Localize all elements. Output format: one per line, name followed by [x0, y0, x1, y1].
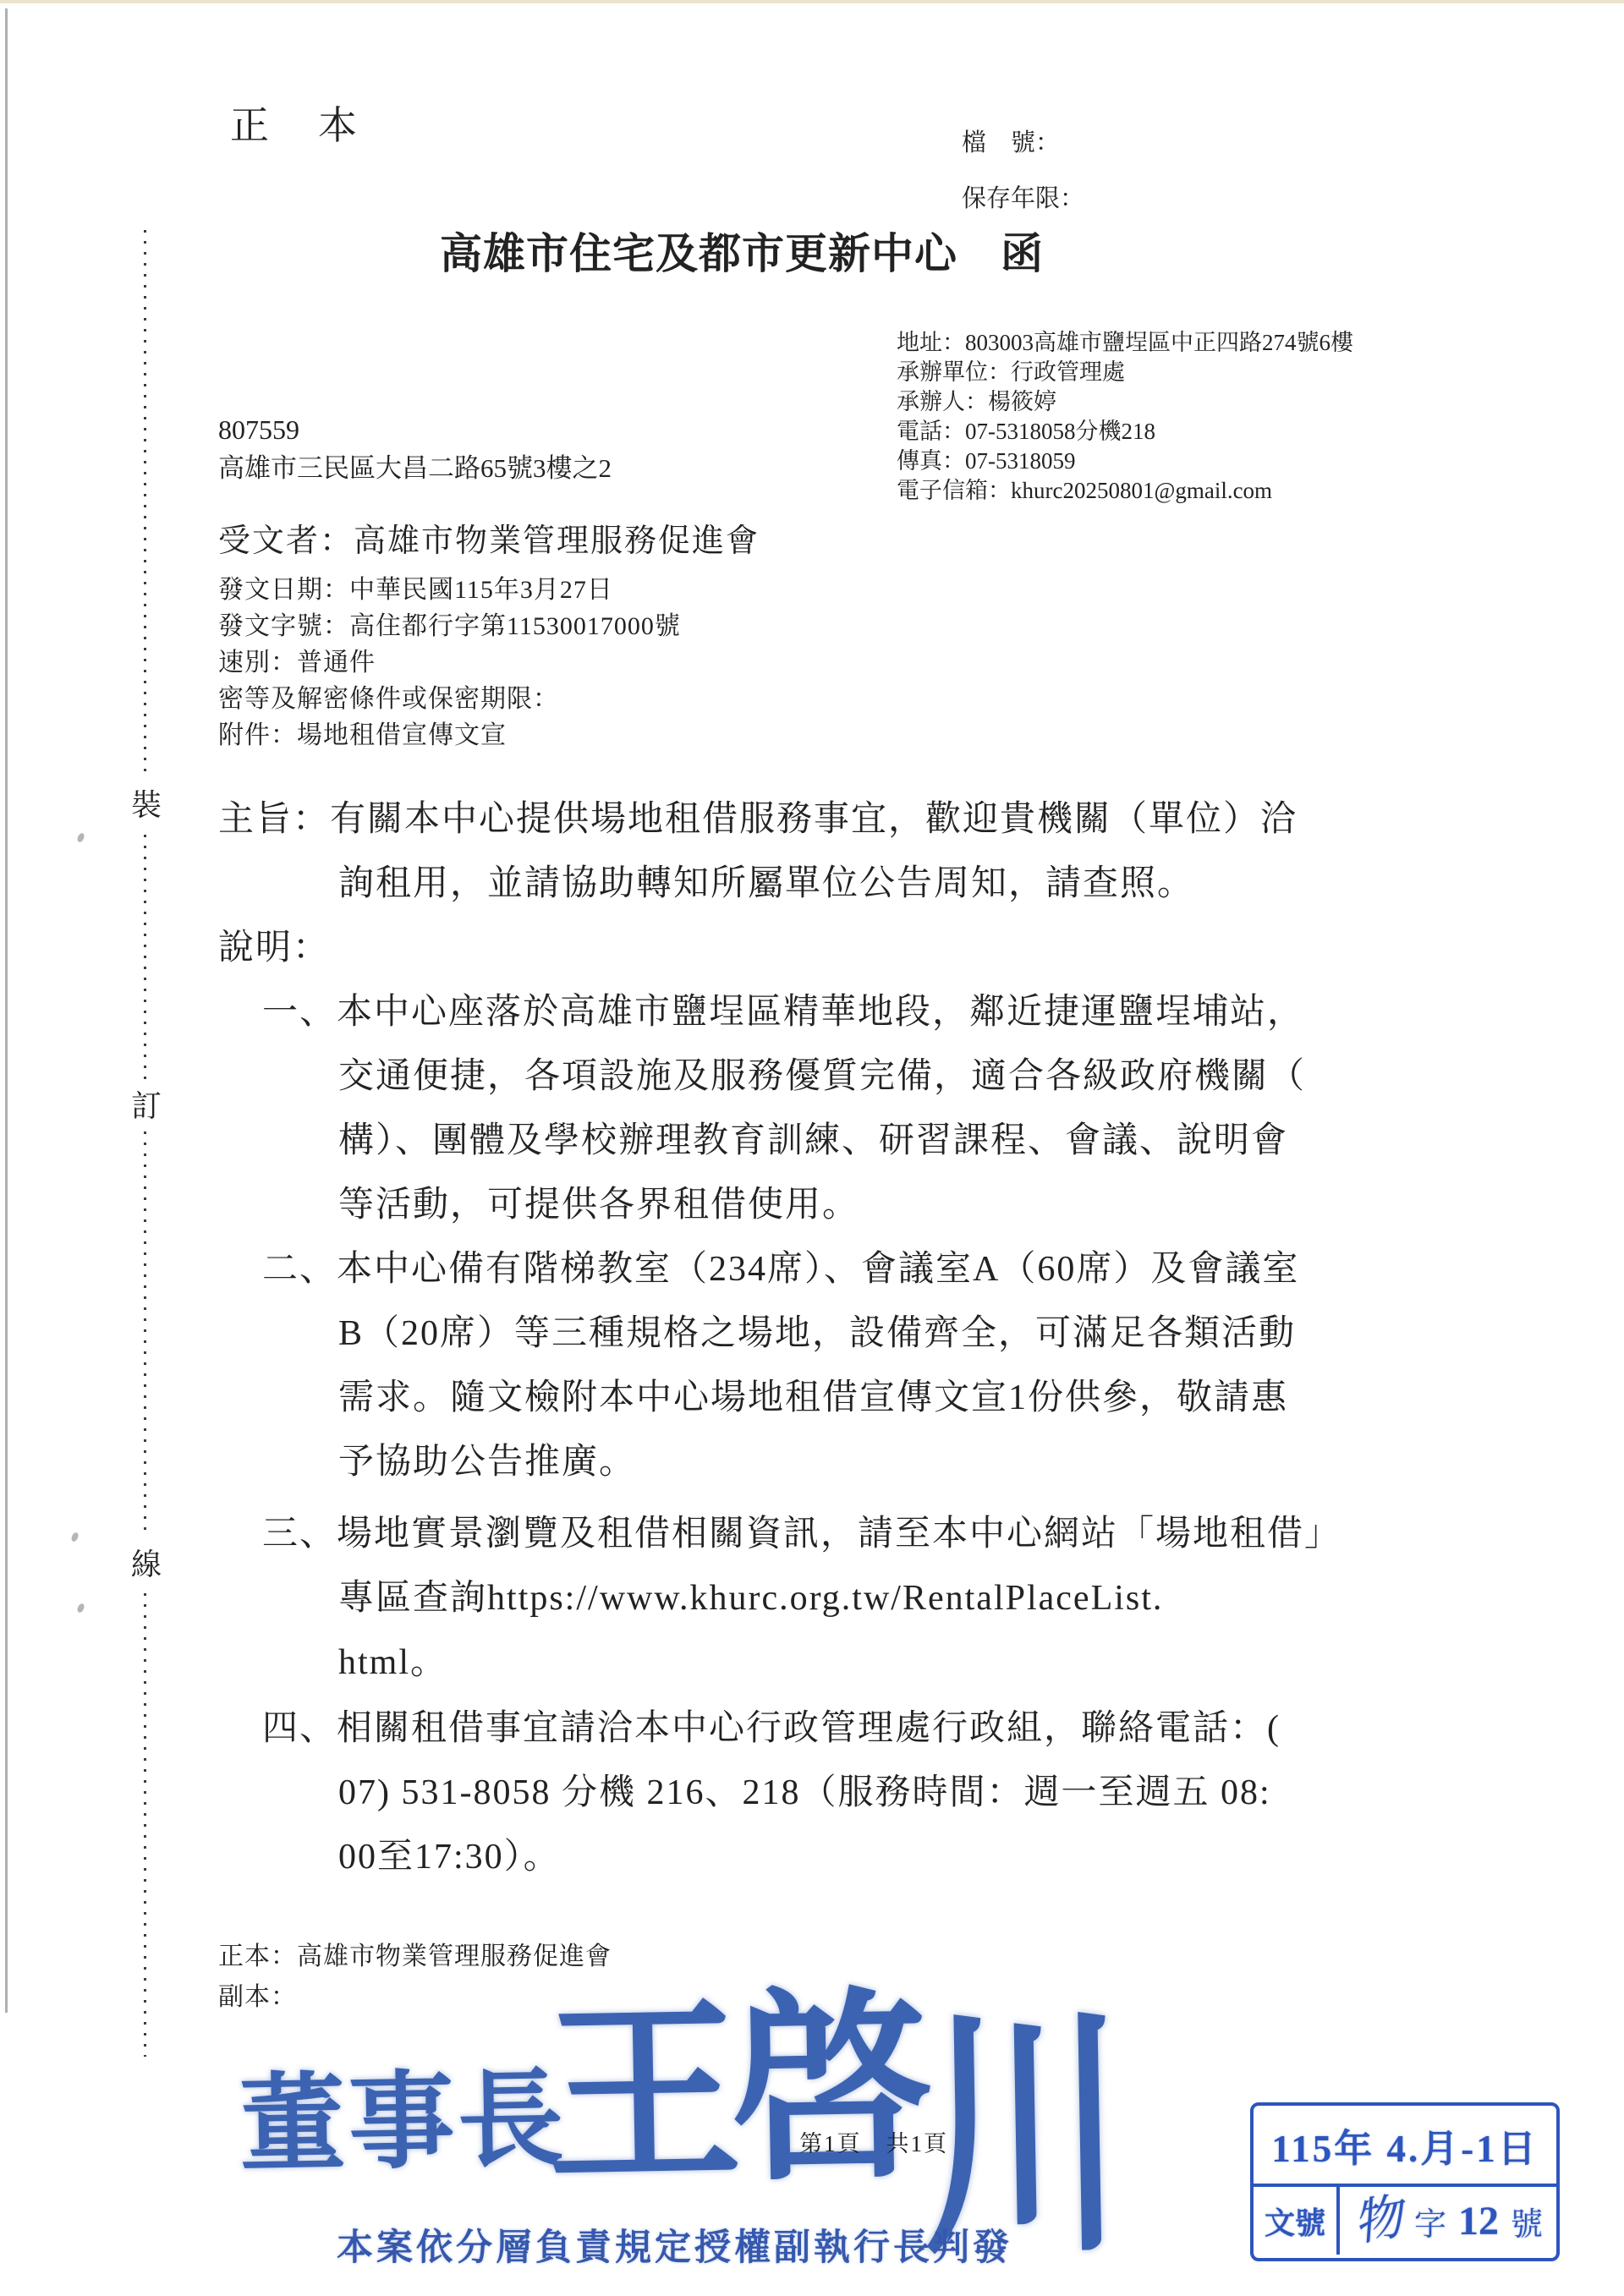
stamp-doc-no-value: 物 字 12 號 — [1340, 2187, 1556, 2255]
stamp-doc-number-row: 文號 物 字 12 號 — [1254, 2187, 1556, 2255]
subject-block: 主旨：有關本中心提供場地租借服務事宜，歡迎貴機關（單位）洽 詢租用，並請協助轉知… — [218, 787, 1298, 916]
description-item-2: 二、本中心備有階梯教室（234席）、會議室A（60席）及會議室 B（20席）等三… — [262, 1237, 1299, 1494]
copy-type-label: 正 本 — [230, 95, 362, 151]
item-line: 00至17:30）。 — [338, 1825, 1281, 1889]
chairman-name-stamp: 王啓川 — [544, 1984, 1114, 2197]
stamp-handwritten-char: 物 — [1349, 2192, 1406, 2249]
attachment-note: 附件：場地租借宣傳文宣 — [218, 717, 681, 753]
recipient-postal-code: 807559 — [218, 414, 299, 446]
description-item-4: 四、相關租借事宜請洽本中心行政管理處行政組，聯絡電話：( 07) 531-805… — [262, 1696, 1281, 1889]
received-date-stamp: 115年 4.月-1日 文號 物 字 12 號 — [1250, 2102, 1560, 2261]
item-line: 予協助公告推廣。 — [338, 1430, 1299, 1494]
issue-number: 發文字號：高住都行字第11530017000號 — [218, 608, 681, 644]
recipient-address: 高雄市三民區大昌二路65號3樓之2 — [218, 447, 612, 485]
scan-edge-left — [5, 8, 8, 2013]
description-item-3: 三、場地實景瀏覽及租借相關資訊，請至本中心網站「場地租借」 專區查詢https:… — [262, 1502, 1341, 1695]
scan-artifact — [76, 1603, 85, 1614]
sender-unit: 承辦單位：行政管理處 — [897, 358, 1353, 387]
sender-info-block: 地址：803003高雄市鹽埕區中正四路274號6樓 承辦單位：行政管理處 承辦人… — [897, 328, 1353, 506]
item-line: 交通便捷，各項設施及服務優質完備，適合各級政府機關（ — [338, 1044, 1306, 1109]
file-number-label: 檔 號： — [962, 123, 1060, 158]
stamp-number: 12 — [1458, 2198, 1499, 2244]
page-indicator: 第1頁 共1頁 — [799, 2125, 948, 2158]
chairman-title-stamp: 董事長 — [238, 2034, 568, 2192]
item-line: 需求。隨文檢附本中心場地租借宣傳文宣1份供參，敬請惠 — [338, 1366, 1299, 1430]
authorization-note: 本案依分層負責規定授權副執行長判發 — [337, 2219, 1012, 2271]
item-line: 等活動，可提供各界租借使用。 — [338, 1173, 1306, 1237]
sender-email: 電子信箱：khurc20250801@gmail.com — [897, 476, 1353, 506]
binding-label-zhuang: 裝 — [126, 778, 167, 828]
sender-contact-person: 承辦人：楊筱婷 — [897, 387, 1353, 417]
sender-fax: 傳真：07-5318059 — [897, 447, 1353, 476]
stamp-date: 115年 4.月-1日 — [1254, 2106, 1556, 2187]
item-line: B（20席）等三種規格之場地，設備齊全，可滿足各類活動 — [338, 1301, 1299, 1366]
item-line: 三、場地實景瀏覽及租借相關資訊，請至本中心網站「場地租借」 — [262, 1502, 1341, 1566]
speed-class: 速別：普通件 — [218, 644, 681, 681]
binding-label-xian: 線 — [126, 1537, 167, 1587]
item-line: 一、本中心座落於高雄市鹽埕區精華地段，鄰近捷運鹽埕埔站， — [262, 980, 1306, 1044]
item-line: html。 — [338, 1630, 1341, 1695]
sender-phone: 電話：07-5318058分機218 — [897, 417, 1353, 447]
subject-line: 詢租用，並請協助轉知所屬單位公告周知，請查照。 — [338, 852, 1298, 916]
retention-period-label: 保存年限： — [962, 179, 1084, 214]
recipient-line: 受文者：高雄市物業管理服務促進會 — [218, 514, 760, 561]
scanned-official-letter: 裝 訂 線 正 本 檔 號： 保存年限： 高雄市住宅及都市更新中心 函 地址：8… — [0, 0, 1624, 2296]
item-line: 07) 531-8058 分機 216、218（服務時間：週一至週五 08: — [338, 1761, 1281, 1825]
security-class: 密等及解密條件或保密期限： — [218, 681, 681, 717]
binding-label-ding: 訂 — [126, 1079, 167, 1129]
item-line: 二、本中心備有階梯教室（234席）、會議室A（60席）及會議室 — [262, 1237, 1299, 1301]
scan-artifact — [76, 832, 85, 843]
carbon-copy-line: 副本： — [218, 1975, 297, 2013]
stamp-word: 字 — [1414, 2198, 1446, 2244]
scan-artifact — [70, 1532, 79, 1543]
document-meta-block: 發文日期：中華民國115年3月27日 發文字號：高住都行字第1153001700… — [218, 572, 681, 753]
sender-address: 地址：803003高雄市鹽埕區中正四路274號6樓 — [897, 328, 1353, 358]
document-title: 高雄市住宅及都市更新中心 函 — [440, 220, 1044, 281]
scan-edge-top — [0, 0, 1624, 3]
description-item-1: 一、本中心座落於高雄市鹽埕區精華地段，鄰近捷運鹽埕埔站， 交通便捷，各項設施及服… — [262, 980, 1306, 1237]
subject-line: 主旨：有關本中心提供場地租借服務事宜，歡迎貴機關（單位）洽 — [218, 787, 1298, 852]
stamp-suffix: 號 — [1511, 2198, 1543, 2244]
binding-dotted-line — [144, 230, 146, 2057]
item-line: 四、相關租借事宜請洽本中心行政管理處行政組，聯絡電話：( — [262, 1696, 1281, 1761]
signature-char: 啓 — [728, 1976, 924, 2205]
description-label: 說明： — [218, 916, 330, 980]
issue-date: 發文日期：中華民國115年3月27日 — [218, 572, 681, 608]
original-recipient-line: 正本：高雄市物業管理服務促進會 — [218, 1935, 612, 1972]
stamp-doc-no-label: 文號 — [1254, 2187, 1340, 2255]
signature-char: 王 — [544, 1986, 732, 2207]
item-line: 專區查詢https://www.khurc.org.tw/RentalPlace… — [338, 1566, 1341, 1630]
item-line: 構）、團體及學校辦理教育訓練、研習課程、會議、說明會 — [338, 1109, 1306, 1173]
